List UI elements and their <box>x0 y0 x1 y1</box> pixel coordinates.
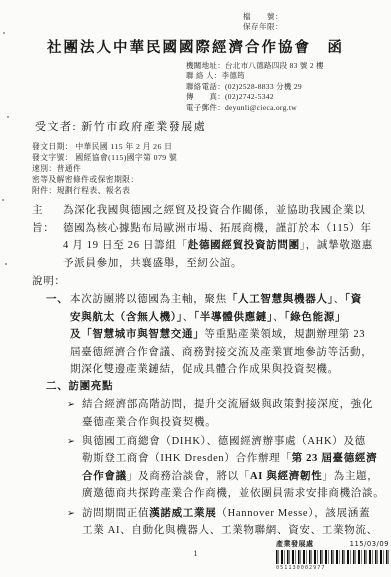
item-2-heading-text: 訪團亮點 <box>68 381 113 392</box>
explanation-label: 說明： <box>32 273 66 291</box>
bullet-3-body: 訪問期間正值漢諾威工業展（Hannover Messe），該展涵蓋工業 AI、自… <box>82 505 378 540</box>
bullet-item: ➢ 結合經濟部高階訪問，提升交流層級與政策對接深度，強化臺德產業合作與投資契機。 <box>67 396 370 431</box>
department-stamp: 產業發展處 115/03/09 051130002977 <box>276 539 389 571</box>
agency-fax: 傳 真：(02)2742-5342 <box>186 92 324 102</box>
scan-speck <box>3 32 5 34</box>
item-1-marker: 一、 <box>46 291 70 379</box>
issue-date-line: 發文日期： 中華民國 115 年 2 月 26 日 <box>32 141 177 152</box>
scan-speck <box>7 116 9 118</box>
subject-label: 主旨： <box>32 202 63 272</box>
bullet-1-body: 結合經濟部高階訪問，提升交流層級與政策對接深度，強化臺德產業合作與投資契機。 <box>82 396 373 431</box>
scan-speck <box>5 263 7 265</box>
agency-contact-person: 聯 絡 人：李德筠 <box>186 71 324 81</box>
item-2-marker: 二、 <box>46 381 68 392</box>
doc-meta-block: 發文日期： 中華民國 115 年 2 月 26 日 發文字號： 國經協會(115… <box>32 141 177 196</box>
scanned-letter-page: 檔 號： 保存年限： 社團法人中華民國國際經濟合作協會 函 機關地址：台北市八德… <box>0 0 391 577</box>
arrow-bullet-icon: ➢ <box>67 396 82 431</box>
attachment-line: 附件：規劃行程表、報名表 <box>32 185 177 196</box>
stamp-office-name: 產業發展處 <box>276 539 314 549</box>
arrow-bullet-icon: ➢ <box>67 433 82 503</box>
file-number-block: 檔 號： 保存年限： <box>243 12 283 32</box>
barcode-number: 051130002977 <box>276 565 389 571</box>
subject-section: 主旨： 為深化我國與德國之經貿及投資合作關係，並協助我國企業以德國為核心據點布局… <box>32 202 366 272</box>
subject-body: 為深化我國與德國之經貿及投資合作關係，並協助我國企業以德國為核心據點布局歐洲市場… <box>63 202 373 272</box>
speed-class-line: 速別：普通件 <box>32 163 177 174</box>
explanation-item-1: 一、 本次訪團將以德國為主軸，聚焦「人工智慧與機器人」、「資安與航太（含無人機）… <box>46 291 368 379</box>
recipient-line: 受文者: 新竹市政府產業發展處 <box>35 118 206 134</box>
agency-contact-block: 機關地址：台北市八德路四段 83 號 2 樓 聯 絡 人：李德筠 聯絡電話：(0… <box>186 61 324 113</box>
highlight-bullets: ➢ 結合經濟部高階訪問，提升交流層級與政策對接深度，強化臺德產業合作與投資契機。… <box>67 396 370 541</box>
bullet-2-body: 與德國工商總會（DIHK）、德國經濟辦事處（AHK）及德勒斯登工商會（IHK D… <box>82 433 384 503</box>
security-class-line: 密等及解密條件或保密期限： <box>32 174 177 185</box>
agency-phone: 聯絡電話：(02)2528-8833 分機 29 <box>186 82 324 92</box>
explanation-item-2-heading: 二、訪團亮點 <box>46 378 113 396</box>
barcode <box>276 550 389 564</box>
agency-email: 電子郵件：deyunli@cieca.org.tw <box>186 103 324 113</box>
doc-number-line: 發文字號： 國經協會(115)國字第 079 號 <box>32 152 177 163</box>
stamp-date: 115/03/09 <box>350 540 389 548</box>
document-title: 社團法人中華民國國際經濟合作協會 函 <box>0 36 391 57</box>
arrow-bullet-icon: ➢ <box>67 505 82 540</box>
bullet-item: ➢ 訪問期間正值漢諾威工業展（Hannover Messe），該展涵蓋工業 AI… <box>67 505 370 540</box>
scan-speck <box>2 199 4 201</box>
bullet-item: ➢ 與德國工商總會（DIHK）、德國經濟辦事處（AHK）及德勒斯登工商會（IHK… <box>67 433 370 503</box>
agency-address: 機關地址：台北市八德路四段 83 號 2 樓 <box>186 61 324 71</box>
retention-period-label: 保存年限： <box>243 22 283 32</box>
file-number-label: 檔 號： <box>243 12 283 22</box>
stamp-header: 產業發展處 115/03/09 <box>276 539 389 549</box>
item-1-body: 本次訪團將以德國為主軸，聚焦「人工智慧與機器人」、「資安與航太（含無人機）」、「… <box>70 291 372 379</box>
